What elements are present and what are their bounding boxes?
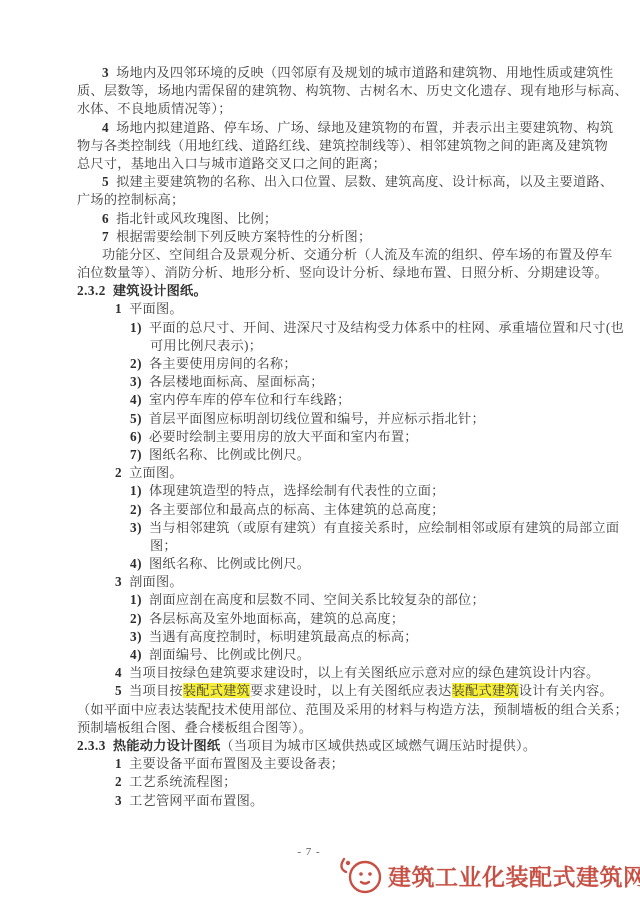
text-line: 3场地内及四邻环境的反映（四邻原有及规划的城市道路和建筑物、用地性质或建筑性 <box>77 64 573 82</box>
text-line: 预制墙板组合图、叠合楼板组合图等）。 <box>77 719 573 737</box>
item-number: 4) <box>130 392 142 407</box>
text-line: 2工艺系统流程图； <box>77 773 573 791</box>
item-number: 7 <box>102 229 109 244</box>
document-body: 3场地内及四邻环境的反映（四邻原有及规划的城市道路和建筑物、用地性质或建筑性质、… <box>77 64 573 810</box>
item-number: 3 <box>102 65 109 80</box>
text-line: 1)剖面应剖在高度和层数不同、空间关系比较复杂的部位； <box>77 591 573 609</box>
item-number: 6) <box>130 429 142 444</box>
item-number: 5) <box>130 411 142 426</box>
text-line: 2)各主要部位和最高点的标高、主体建筑的总高度； <box>77 501 573 519</box>
text-line: 物与各类控制线（用地红线、道路红线、建筑控制线等）、相邻建筑物之间的距离及建筑物 <box>77 137 573 155</box>
smiley-face-icon <box>336 851 386 899</box>
item-number: 2 <box>115 465 122 480</box>
text-line: 2.3.2建筑设计图纸。 <box>77 282 573 300</box>
item-number: 1 <box>115 756 122 771</box>
text-line: 6)必要时绘制主要用房的放大平面和室内布置； <box>77 428 573 446</box>
item-number: 2) <box>130 611 142 626</box>
item-number: 4) <box>130 556 142 571</box>
text-line: 4当项目按绿色建筑要求建设时，以上有关图纸应示意对应的绿色建筑设计内容。 <box>77 664 573 682</box>
site-logo: 建筑工业化装配式建筑网 <box>336 851 640 899</box>
page-number: - 7 - <box>281 846 337 858</box>
text-line: 2)各层标高及室外地面标高，建筑的总高度； <box>77 610 573 628</box>
item-number: 2 <box>115 774 122 789</box>
text-line: 7根据需要绘制下列反映方案特性的分析图； <box>77 228 573 246</box>
text-line: 质、层数等，场地内需保留的建筑物、构筑物、古树名木、历史文化遗存、现有地形与标高… <box>77 82 573 100</box>
brand-name: 建筑工业化装配式建筑网 <box>388 859 640 892</box>
text-line: 3)各层楼地面标高、屋面标高； <box>77 373 573 391</box>
item-number: 7) <box>130 447 142 462</box>
text-line: 2.3.3热能动力设计图纸（当项目为城市区域供热或区域燃气调压站时提供）。 <box>77 737 573 755</box>
item-number: 6 <box>102 211 109 226</box>
text-line: 水体、不良地质情况等）； <box>77 100 573 118</box>
text-line: 1)体现建筑造型的特点，选择绘制有代表性的立面； <box>77 482 573 500</box>
item-number: 3 <box>115 574 122 589</box>
text-line: 7)图纸名称、比例或比例尺。 <box>77 446 573 464</box>
text-line: 5当项目按装配式建筑要求建设时，以上有关图纸应表达装配式建筑设计有关内容。 <box>77 682 573 700</box>
item-number: 5 <box>115 683 122 698</box>
item-number: 2) <box>130 356 142 371</box>
item-number: 5 <box>102 174 109 189</box>
text-line: 广场的控制标高； <box>77 191 573 209</box>
item-number: 3 <box>115 793 122 808</box>
text-line: 4场地内拟建道路、停车场、广场、绿地及建筑物的布置，并表示出主要建筑物、构筑 <box>77 119 573 137</box>
text-line: （如平面中应表达装配技术使用部位、范围及采用的材料与构造方法，预制墙板的组合关系… <box>77 701 573 719</box>
item-number: 4 <box>102 120 109 135</box>
item-number: 3) <box>130 374 142 389</box>
highlighted-text: 装配式建筑 <box>452 683 519 698</box>
text-line: 3剖面图。 <box>77 573 573 591</box>
item-number: 4) <box>130 647 142 662</box>
text-line: 4)室内停车库的停车位和行车线路； <box>77 391 573 409</box>
document-page: 3场地内及四邻环境的反映（四邻原有及规划的城市道路和建筑物、用地性质或建筑性质、… <box>0 0 640 905</box>
item-number: 3) <box>130 520 142 535</box>
text-line: 功能分区、空间组合及景观分析、交通分析（人流及车流的组织、停车场的布置及停车 <box>77 246 573 264</box>
text-line: 6指北针或风玫瑰图、比例； <box>77 210 573 228</box>
highlighted-text: 装配式建筑 <box>183 683 250 698</box>
text-line: 5拟建主要建筑物的名称、出入口位置、层数、建筑高度、设计标高，以及主要道路、 <box>77 173 573 191</box>
item-number: 1) <box>130 320 142 335</box>
text-line: 1平面图。 <box>77 300 573 318</box>
item-number: 2.3.3 <box>77 738 106 753</box>
item-number: 2.3.2 <box>77 283 106 298</box>
text-line: 3工艺管网平面布置图。 <box>77 792 573 810</box>
item-number: 3) <box>130 629 142 644</box>
text-line: 4)图纸名称、比例或比例尺。 <box>77 555 573 573</box>
text-line: 4)剖面编号、比例或比例尺。 <box>77 646 573 664</box>
text-line: 总尺寸，基地出入口与城市道路交叉口之间的距离； <box>77 155 573 173</box>
item-number: 2) <box>130 502 142 517</box>
text-line: 3)当与相邻建筑（或原有建筑）有直接关系时，应绘制相邻或原有建筑的局部立面 <box>77 519 573 537</box>
item-number: 1) <box>130 483 142 498</box>
text-line: 5)首层平面图应标明剖切线位置和编号，并应标示指北针； <box>77 410 573 428</box>
text-line: 可用比例尺表示)； <box>77 337 573 355</box>
item-number: 1 <box>115 301 122 316</box>
text-line: 图； <box>77 537 573 555</box>
text-line: 3)当遇有高度控制时，标明建筑最高点的标高； <box>77 628 573 646</box>
text-line: 1主要设备平面布置图及主要设备表； <box>77 755 573 773</box>
text-line: 2立面图。 <box>77 464 573 482</box>
item-number: 1) <box>130 592 142 607</box>
text-line: 1)平面的总尺寸、开间、进深尺寸及结构受力体系中的柱网、承重墙位置和尺寸(也 <box>77 319 573 337</box>
text-line: 2)各主要使用房间的名称； <box>77 355 573 373</box>
text-line: 泊位数量等）、消防分析、地形分析、竖向设计分析、绿地布置、日照分析、分期建设等。 <box>77 264 573 282</box>
item-number: 4 <box>115 665 122 680</box>
